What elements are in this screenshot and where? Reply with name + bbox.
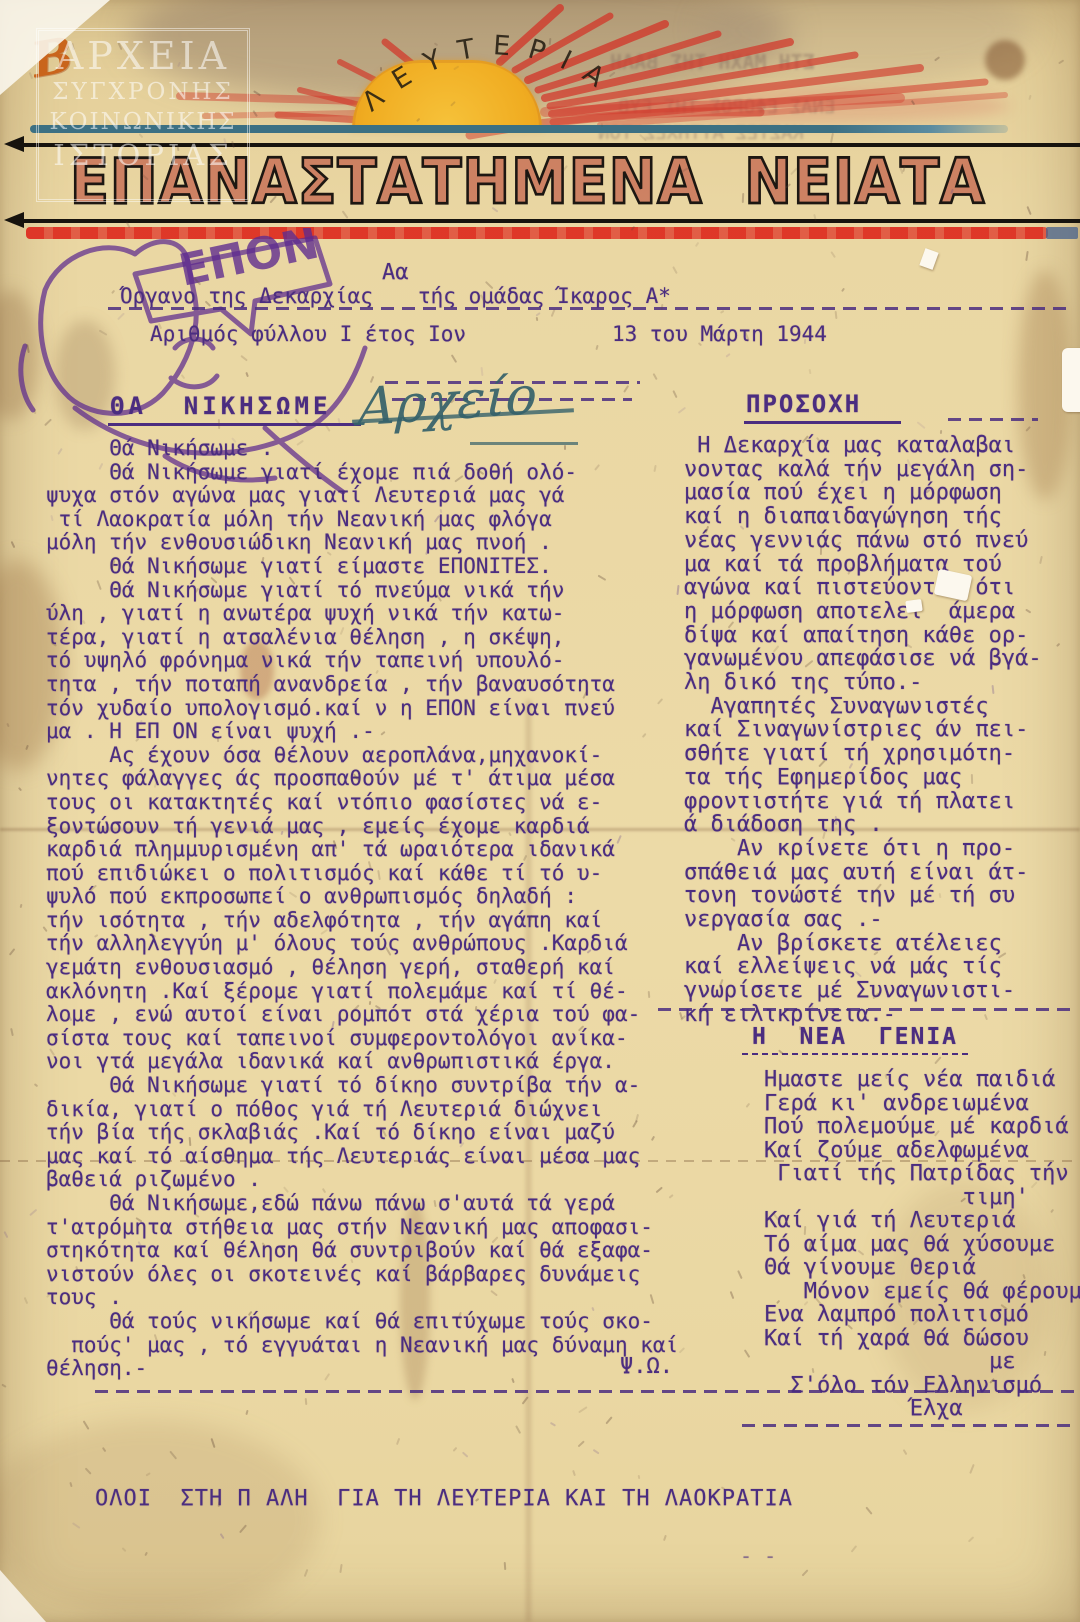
speckle	[830, 133, 834, 143]
text-line: Θά Νικήσωμε γιατί είμαστε ΕΠΟΝΙΤΕΣ.	[46, 555, 686, 579]
sea-line-drawing	[30, 125, 1008, 133]
text-line: νοι γτά μεγάλα ιδανικά καί ανθρωπιστικά …	[46, 1050, 686, 1074]
text-line: Καί ζούμε αδελφωμένα	[764, 1139, 1080, 1163]
speckle	[504, 1562, 507, 1571]
text-line: νητες φάλαγγες άς προσπαθούν μέ τ' άτιμα…	[46, 767, 686, 791]
speckle	[240, 355, 248, 362]
text-line: τήν βία τής σκλαβιάς .Καί τό δίκηο είναι…	[46, 1121, 686, 1145]
speckle	[730, 1291, 735, 1299]
speckle	[830, 251, 836, 258]
speckle	[9, 948, 16, 956]
speckle	[181, 374, 186, 380]
speckle	[672, 266, 678, 274]
dashed-separator	[95, 1390, 1080, 1393]
text-line: Θά Νικήσωμε γιατί έχομε πιά δοθή ολό-	[46, 461, 686, 485]
newspaper-page: ΣΤΗ ΜΑΧΗ ΤΗΣ ΒΑΛΗ ΕΝΑΣ ΕΦΟΡΟΣ ΤΗΣ ΕΥΒ ΚΑ…	[0, 0, 1080, 1622]
text-line: τόν χυδαίο υπολογισμό.καί ν η ΕΠΟΝ είναι…	[46, 697, 686, 721]
text-line: με	[764, 1350, 1080, 1374]
masthead-title: ΕΠΑΝΑΣΤΑΤΗΜΕΝΑ ΝΕΙΑΤΑ	[70, 146, 950, 219]
speckle	[450, 354, 457, 363]
left-column-text: Θά Νικήσωμε . Θά Νικήσωμε γιατί έχομε πι…	[46, 437, 686, 1381]
text-line: Θά Νικήσωμε γιατί τό πνεύμα νικά τήν	[46, 579, 686, 603]
text-line: Θά τούς νικήσωμε καί θά επιτύχωμε τούς σ…	[46, 1310, 686, 1334]
text-line: σίστα τους καί ταπεινοί συμφεροντολόγοι …	[46, 1027, 686, 1051]
text-line: Σ'όλο τόν Ελληνισμό	[764, 1374, 1080, 1398]
speckle	[535, 312, 540, 317]
speckle	[935, 1056, 942, 1064]
text-line: νοντας καλά τήν μεγάλη ση-	[684, 458, 1076, 482]
text-line: μα καί τά προβλήματα τού	[684, 553, 1076, 577]
speckle	[809, 369, 812, 374]
text-line: καί ελλείψεις νά μάς τίς	[684, 955, 1076, 979]
date: 13 του Μάρτη 1944	[612, 322, 827, 346]
text-line: λη δικό της τύπο.-	[684, 671, 1076, 695]
text-line: Θά Νικήσωμε γιατί τό δίκηο συντρίβα τήν …	[46, 1074, 686, 1098]
text-line: Γιατί τής Πατρίδας τήν	[764, 1162, 1080, 1186]
speckle	[672, 390, 678, 398]
text-line: μα . Η ΕΠ ΟΝ είναι ψυχή .-	[46, 720, 686, 744]
speckle	[84, 1467, 91, 1474]
speckle	[694, 242, 699, 248]
speckle	[1025, 426, 1031, 432]
text-line: ξοντώσουν τή γενιά μας , εμείς έχομε καρ…	[46, 815, 686, 839]
text-line: τητα , τήν ποταπή ανανδρεία , τήν βαναυσ…	[46, 673, 686, 697]
speckle	[245, 1410, 249, 1415]
speckle	[24, 1297, 29, 1305]
speckle	[34, 1082, 39, 1086]
text-line: Ενα λαμπρό πολιτισμό	[764, 1303, 1080, 1327]
handwritten-archive-note: Αρχείο	[357, 366, 538, 439]
speckle	[678, 406, 686, 413]
speckle	[2, 1383, 8, 1388]
speckle	[638, 1475, 641, 1480]
speckle	[177, 62, 181, 68]
speckle	[917, 421, 926, 429]
text-line: ά διάδοση της .	[684, 813, 1076, 837]
speckle	[339, 1564, 343, 1573]
organ-superscript: Αα	[382, 260, 409, 285]
speckle	[841, 288, 845, 293]
speckle	[596, 344, 600, 350]
footer-marks: - -	[740, 1544, 776, 1568]
speckle	[121, 1547, 126, 1552]
text-line: Μόνον εμείς θά φέρουμε	[764, 1280, 1080, 1304]
speckle	[20, 904, 23, 909]
speckle	[69, 1482, 73, 1488]
speckle	[144, 1552, 148, 1557]
bleedthrough-text: ΕΝΑΣ ΕΦΟΡΟΣ ΤΗΣ ΕΥΒ	[618, 96, 835, 118]
masthead-rule-bottom	[22, 219, 1080, 223]
stain	[985, 40, 1025, 80]
text-line: Θά Νικήσωμε,εδώ πάνω πάνω σ'αυτά τά γερά	[46, 1192, 686, 1216]
speckle	[169, 1450, 177, 1459]
text-line: Ημαστε μείς νέα παιδιά	[764, 1068, 1080, 1092]
speckle	[969, 1464, 975, 1474]
poem-heading: Η ΝΕΑ ΓΕΝΙΑ	[742, 1024, 968, 1055]
speckle	[521, 1397, 529, 1406]
speckle	[146, 1472, 152, 1477]
text-line: Θά γίνουμε Θεριά	[764, 1256, 1080, 1280]
speckle	[577, 1441, 585, 1448]
speckle	[304, 1398, 307, 1405]
text-line: ύλη , γιατί η ανωτέρα ψυχή νικά τήν κατω…	[46, 602, 686, 626]
speckle	[835, 311, 838, 319]
text-line: μασία πού έχει η μόρφωση	[684, 481, 1076, 505]
text-line: τί Λαοκρατία μόλη τήν Νεανική μας φλόγα	[46, 508, 686, 532]
speckle	[25, 744, 29, 750]
sun-drawing	[352, 60, 542, 130]
rule-arrow-icon	[4, 136, 24, 152]
text-line: γεμάτη ενθουσιασμό , θέληση γερή, σταθερ…	[46, 956, 686, 980]
organ-line-2: τής ομάδας Ίκαρος Α*	[418, 284, 671, 308]
speckle	[304, 1569, 309, 1578]
speckle	[1026, 205, 1031, 214]
speckle	[220, 1533, 225, 1539]
speckle	[515, 1425, 521, 1434]
speckle	[72, 1522, 80, 1529]
text-line: βαθειά ριζωμένο .	[46, 1168, 686, 1192]
speckle	[653, 373, 658, 380]
speckle	[910, 100, 915, 106]
speckle	[967, 1537, 974, 1544]
speckle	[462, 1452, 469, 1458]
speckle	[579, 1406, 588, 1413]
text-line: τέρα, γιατί η ατσαλένια θέληση , η σκέψη…	[46, 626, 686, 650]
text-line: καί η διαπαιδαγώγηση τής	[684, 505, 1076, 529]
speckle	[111, 290, 116, 295]
stain	[0, 1420, 320, 1620]
speckle	[550, 1421, 557, 1426]
speckle	[720, 310, 725, 314]
text-line: ψυλό πού εκπροσωπεί ο ανθρωπισμός δηλαδή…	[46, 885, 686, 909]
text-line: Καί τή χαρά θά δώσου	[764, 1327, 1080, 1351]
text-line: τό υψηλό φρόνημα νικά τήν ταπεινή υπουλό…	[46, 649, 686, 673]
edge-tear	[1062, 348, 1080, 412]
speckle	[623, 385, 630, 393]
bleedthrough-text: ΣΤΗ ΜΑΧΗ ΤΗΣ ΒΑΛΗ	[610, 50, 815, 74]
speckle	[245, 372, 249, 377]
stain	[55, 320, 115, 430]
speckle	[593, 1448, 600, 1454]
text-line: στηκότητα καί θέληση θά συντριβούν καί θ…	[46, 1239, 686, 1263]
poem-text: Ημαστε μείς νέα παιδιάΓερά κι' ανδρειωμέ…	[764, 1068, 1080, 1421]
speckle	[743, 1349, 750, 1358]
speckle	[4, 1231, 9, 1239]
text-line: τονη τονώστέ την μέ τή συ	[684, 884, 1076, 908]
text-line: τιμη'	[764, 1186, 1080, 1210]
text-line: τους .	[46, 1286, 686, 1310]
text-line: γανωμένου απεφάσισε νά βγά-	[684, 647, 1076, 671]
footer-slogan: ΟΛΟΙ ΣΤΗ Π ΑΛΗ ΓΙΑ ΤΗ ΛΕΥΤΕΡΙΑ ΚΑΙ ΤΗ ΛΑ…	[95, 1486, 793, 1511]
speckle	[239, 1524, 247, 1533]
text-line: νιστούν όλες οι σκοτεινές καί βάρβαρες δ…	[46, 1263, 686, 1287]
torn-corner	[0, 1570, 46, 1622]
rule-arrow-icon	[4, 212, 24, 228]
speckle	[18, 786, 23, 791]
text-line: τους οι κατακτητές καί ντόπιο φασίστες ν…	[46, 791, 686, 815]
left-column-heading: ΘΑ ΝΙΚΗΣΩΜΕ	[108, 392, 361, 426]
text-line: τήν ισότητα , τήν αδελφότητα , τήν αγάπη…	[46, 909, 686, 933]
speckle	[252, 110, 258, 117]
text-line: ψυχα στόν αγώνα μας γιατί Λευτεριά μας γ…	[46, 484, 686, 508]
blue-band-end	[1046, 227, 1078, 239]
text-line: πού επιδιώκει ο πολιτισμός καί κάθε τί τ…	[46, 862, 686, 886]
speckle	[548, 38, 551, 46]
text-line: Τό αίμα μας θά χύσουμε	[764, 1233, 1080, 1257]
text-line: νέας γεννιάς πάνω στό πνεύ	[684, 529, 1076, 553]
speckle	[211, 1437, 216, 1447]
speckle	[1025, 251, 1029, 261]
speckle	[802, 1569, 809, 1576]
text-line: αγώνα καί πιστεύοντας ότι	[684, 576, 1076, 600]
text-line: Αν κρίνετε ότι η προ-	[684, 837, 1076, 861]
dashed-rule	[108, 307, 1074, 310]
text-line: Έλχα	[764, 1397, 1080, 1421]
text-line: δίψα καί απαίτηση κάθε ορ-	[684, 624, 1076, 648]
speckle	[1058, 60, 1065, 65]
text-line: τήν αλληλεγγύη μ' όλους τούς ανθρώπους .…	[46, 932, 686, 956]
speckle	[98, 330, 107, 337]
text-line: Αγαπητές Συναγωνιστές	[684, 695, 1076, 719]
right-column-text: Η Δεκαρχία μας καταλαβαινοντας καλά τήν …	[684, 434, 1076, 1027]
text-line: τα τής Εφημερίδος μας	[684, 766, 1076, 790]
text-line: φροντιστήτε γιά τή πλατει	[684, 790, 1076, 814]
text-line: Ας έχουν όσα θέλουν αεροπλάνα,μηχανοκί-	[46, 744, 686, 768]
speckle	[102, 1447, 107, 1452]
stain	[0, 290, 40, 420]
speckle	[29, 1209, 38, 1217]
text-line: νεργασία σας .-	[684, 908, 1076, 932]
speckle	[26, 344, 30, 353]
text-line: θέληση.-	[46, 1357, 686, 1381]
speckle	[139, 133, 144, 139]
edge-tear	[919, 248, 938, 270]
text-line: σπάθειά μας αυτή είναι άτ-	[684, 861, 1076, 885]
text-line: μας καί τό αίσθημα τής Λευτεριάς είναι μ…	[46, 1145, 686, 1169]
dashed-separator	[658, 1008, 1078, 1011]
speckle	[606, 1416, 614, 1424]
text-line: σθήτε γιατί τή χρησιμότη-	[684, 742, 1076, 766]
text-line: λομε , ενώ αυτοί είναι ρομπότ στά χέρια …	[46, 1003, 686, 1027]
text-line: η μόρφωση αποτελεί άμερα	[684, 600, 1076, 624]
left-column-signature: Ψ.Ω.	[620, 1354, 673, 1379]
speckle	[535, 317, 538, 321]
text-line: πούς' μας , τό εγγυάται η Νεανική μας δύ…	[46, 1334, 686, 1358]
speckle	[903, 1449, 908, 1455]
text-line: Γερά κι' ανδρειωμένα	[764, 1092, 1080, 1116]
speckle	[865, 1506, 873, 1515]
speckle	[117, 42, 123, 50]
speckle	[396, 1438, 401, 1446]
organ-line: Όργανο της Δεκαρχίας	[120, 284, 373, 308]
issue-line: Αριθμός φύλλου Ι έτος Ιον	[150, 322, 466, 346]
speckle	[253, 90, 261, 96]
speckle	[453, 1447, 458, 1452]
dashed-rule	[948, 418, 1038, 421]
text-line: Η Δεκαρχία μας καταλαβαι	[684, 434, 1076, 458]
speckle	[934, 56, 940, 61]
speckle	[433, 42, 438, 46]
speckle	[117, 313, 125, 321]
text-line: ακλόνητη .Καί ξέρομε γιατί πολεμάμε καί …	[46, 980, 686, 1004]
speckle	[29, 72, 34, 80]
speckle	[851, 1545, 858, 1552]
speckle	[10, 1027, 14, 1036]
speckle	[572, 1470, 576, 1476]
text-line: καρδιά πλημμυρισμένη απ' τά ωραιότερα ιδ…	[46, 838, 686, 862]
paper-hole	[905, 599, 923, 613]
dashed-separator	[742, 1424, 1072, 1427]
speckle	[82, 1420, 89, 1430]
text-line: μόλη τήν ενθουσιώδικη Νεανική μας πνοή .	[46, 531, 686, 555]
speckle	[737, 1270, 743, 1280]
speckle	[725, 353, 730, 358]
text-line: δικία, γιατί ο πόθος γιά τή Λευτεριά διώ…	[46, 1098, 686, 1122]
speckle	[34, 408, 37, 413]
text-line: Καί γιά τή Λευτεριά	[764, 1209, 1080, 1233]
text-line: γνωρίσετε μέ Συναγωνιστι-	[684, 979, 1076, 1003]
text-line: Θά Νικήσωμε .	[46, 437, 686, 461]
text-line: καί Σιναγωνίστριες άν πει-	[684, 718, 1076, 742]
text-line: τ'ατρόμητα στήθεια μας στήν Νεανική μας …	[46, 1216, 686, 1240]
speckle	[45, 419, 53, 427]
text-line: Πού πολεμούμε μέ καρδιά	[764, 1115, 1080, 1139]
speckle	[7, 722, 11, 727]
speckle	[746, 1103, 751, 1108]
text-line: Αν βρίσκετε ατέλειες	[684, 932, 1076, 956]
right-column-heading: ΠΡΟΣΟΧΗ	[744, 390, 901, 424]
speckle	[11, 541, 16, 549]
speckle	[663, 1535, 667, 1541]
red-crayon-band	[26, 227, 1048, 239]
speckle	[1028, 95, 1032, 100]
